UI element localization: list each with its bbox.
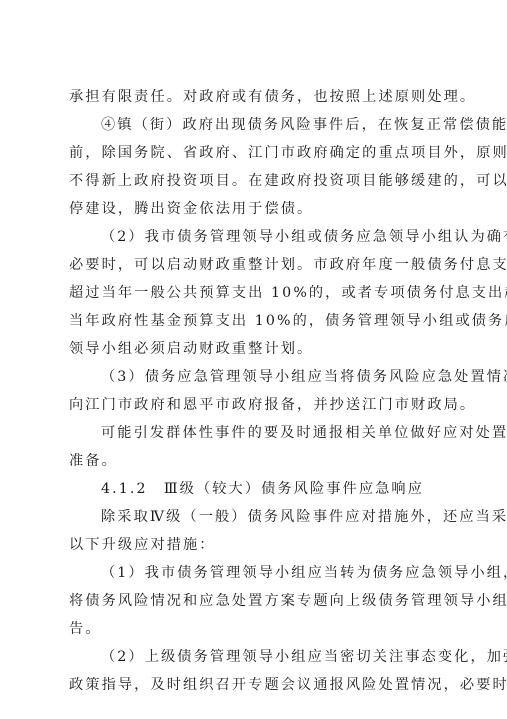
text-line: （1）我市债务管理领导小组应当转为债务应急领导小组， <box>69 563 451 583</box>
text-line: 领导小组必须启动财政重整计划。 <box>69 339 451 359</box>
document-page: 承担有限责任。对政府或有债务，也按照上述原则处理。 ④镇（街）政府出现债务风险事… <box>0 0 507 719</box>
text-line: 前，除国务院、省政府、江门市政府确定的重点项目外，原则上 <box>69 143 451 163</box>
text-line: 政策指导，及时组织召开专题会议通报风险处置情况，必要时可 <box>69 675 451 695</box>
text-line: 除采取Ⅳ级（一般）债务风险事件应对措施外，还应当采取 <box>69 507 451 527</box>
text-line: 停建设，腾出资金依法用于偿债。 <box>69 199 451 219</box>
text-line: ④镇（街）政府出现债务风险事件后，在恢复正常偿债能力 <box>69 115 451 135</box>
text-line: （2）我市债务管理领导小组或债务应急领导小组认为确有 <box>69 227 451 247</box>
text-line: 将债务风险情况和应急处置方案专题向上级债务管理领导小组报 <box>69 591 451 611</box>
text-line: （3）债务应急管理领导小组应当将债务风险应急处置情况 <box>69 367 451 387</box>
text-line: 超过当年一般公共预算支出 10%的，或者专项债务付息支出超过 <box>69 283 451 303</box>
text-line: 以下升级应对措施： <box>69 535 451 555</box>
text-line: 向江门市政府和恩平市政府报备，并抄送江门市财政局。 <box>69 395 451 415</box>
text-line: 不得新上政府投资项目。在建政府投资项目能够缓建的，可以暂 <box>69 171 451 191</box>
text-line: 准备。 <box>69 451 451 471</box>
section-heading: 4.1.2 Ⅲ级（较大）债务风险事件应急响应 <box>69 479 451 499</box>
text-line: 当年政府性基金预算支出 10%的，债务管理领导小组或债务应急 <box>69 311 451 331</box>
text-line: 告。 <box>69 619 451 639</box>
text-line: 必要时，可以启动财政重整计划。市政府年度一般债务付息支出 <box>69 255 451 275</box>
text-line: 可能引发群体性事件的要及时通报相关单位做好应对处置 <box>69 423 451 443</box>
text-line: 承担有限责任。对政府或有债务，也按照上述原则处理。 <box>69 87 451 107</box>
text-line: （2）上级债务管理领导小组应当密切关注事态变化，加强 <box>69 647 451 667</box>
